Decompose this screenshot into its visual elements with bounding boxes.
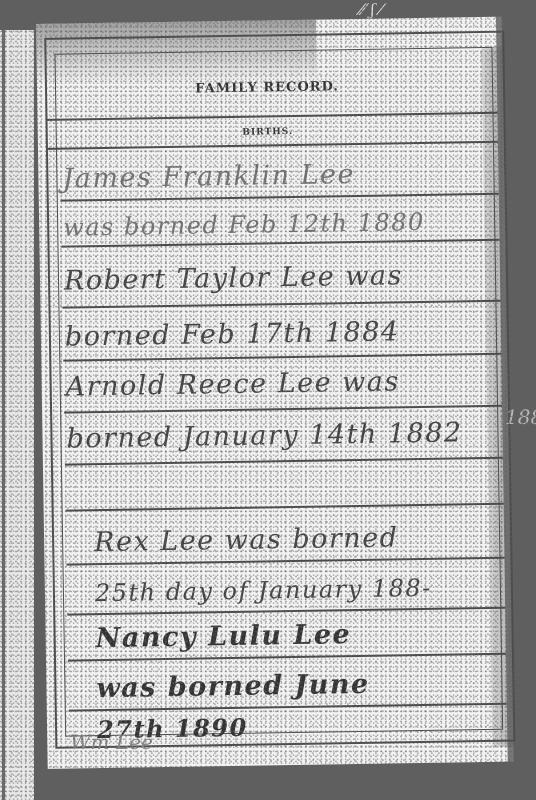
entry-name-line: James Franklin Lee (62, 159, 355, 195)
entry-name-line: Robert Taylor Lee was (64, 260, 403, 296)
entry-name-line: Arnold Reece Lee was (65, 366, 400, 402)
family-record-page: FAMILY RECORD. BIRTHS. James Franklin Le… (36, 17, 508, 769)
entry-date-line: was borned Feb 12th 1880 (63, 208, 425, 242)
adjacent-page-edge (0, 30, 38, 800)
bottom-scrawl: Wm Lee (70, 730, 153, 754)
margin-note: 1887 (505, 405, 536, 429)
entry-name-line: Rex Lee was borned (94, 522, 399, 558)
entry-name-line: Nancy Lulu Lee (95, 619, 351, 654)
entry-date-line: borned January 14th 1882 (66, 417, 463, 454)
entry-date-line: borned Feb 17th 1884 (65, 316, 400, 352)
entry-date-line: 25th day of January 188- (95, 574, 432, 607)
binding-strip (2, 30, 5, 800)
entry-date-line: was borned June (96, 669, 370, 704)
top-edge-scribble: ⁄⁄ ʃ ⁄ (360, 0, 383, 19)
